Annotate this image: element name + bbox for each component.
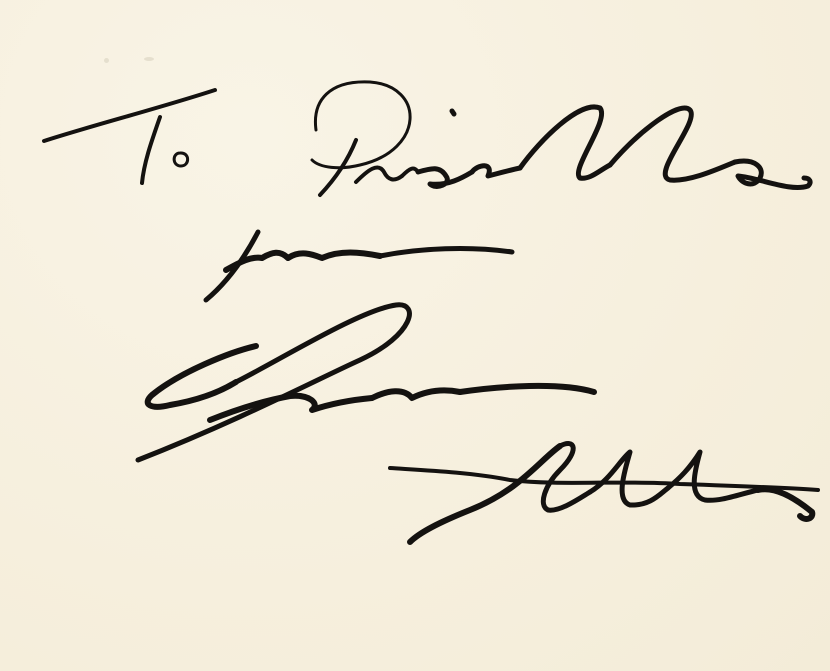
handwriting-from	[206, 232, 512, 300]
handwriting-priscilla	[312, 82, 810, 195]
handwriting-ink	[0, 0, 830, 671]
autograph-card: To Priscilla from Cleavon Little	[0, 0, 830, 671]
handwriting-little	[390, 443, 818, 542]
handwriting-cleavon	[138, 305, 594, 460]
handwriting-to	[44, 90, 215, 183]
